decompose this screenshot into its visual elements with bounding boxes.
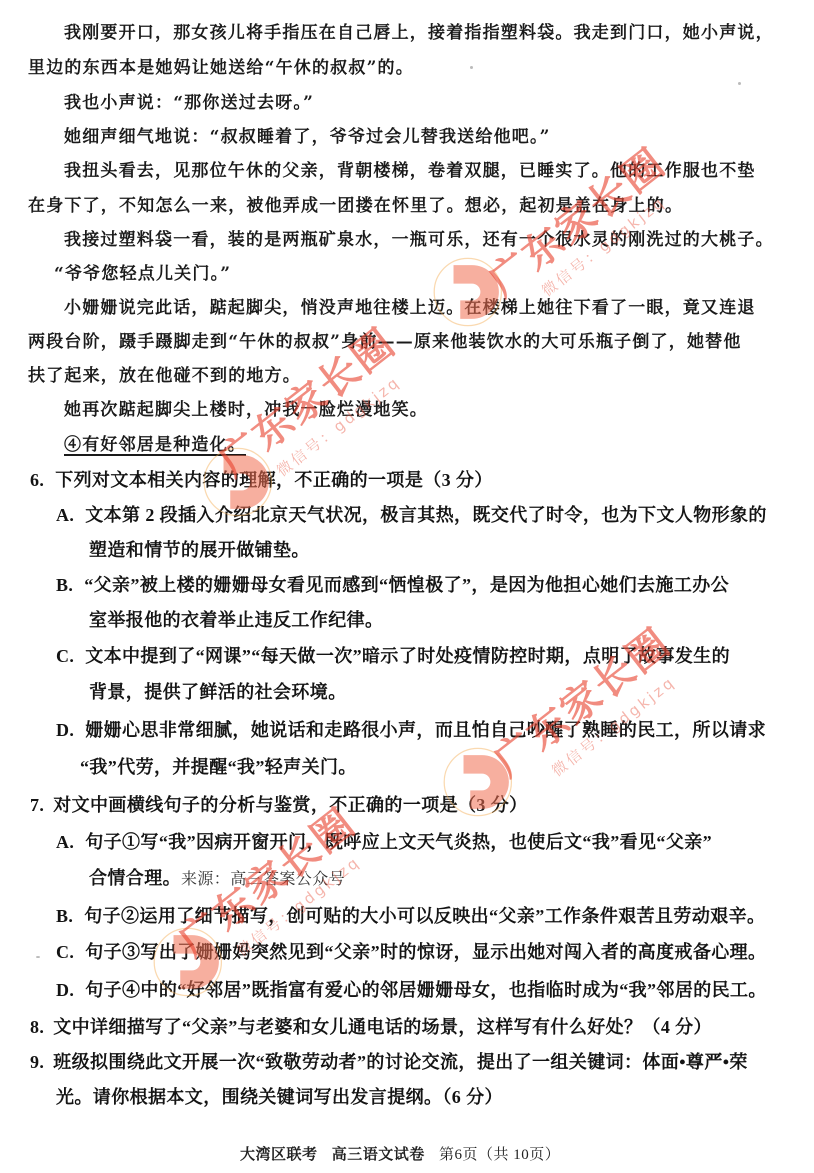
passage-line: 两段台阶，蹑手蹑脚走到“午休的叔叔”身前——原来他装饮水的大可乐瓶子倒了，她替他 [28,331,742,353]
option-text-continued: 塑造和情节的展开做铺垫。 [89,539,310,561]
option-label: A. [56,832,74,852]
scan-speck [470,66,473,69]
question-stem-continued: 光。请你根据本文，围绕关键词写出发言提纲。（6 分） [56,1086,503,1108]
watermark-brand-text: 广东家长圈 [475,133,676,307]
underlined-sentence-4: ④有好邻居是种造化。 [64,434,246,456]
option-b: B. “父亲”被上楼的姗姗母女看见而感到“恓惶极了”，是因为他担心她们去施工办公 [56,574,729,596]
option-label: D. [56,720,74,740]
page-footer: 大湾区联考 高三语文试卷 第6页（共 10页） [240,1144,560,1166]
passage-line: 我接过塑料袋一看，装的是两瓶矿泉水，一瓶可乐，还有一个很水灵的刚洗过的大桃子。 [64,229,774,251]
option-text: “父亲”被上楼的姗姗母女看见而感到“恓惶极了”，是因为他担心她们去施工办公 [84,575,729,595]
passage-line: 她细声细气地说：“叔叔睡着了，爷爷过会儿替我送给他吧。” [64,126,551,148]
option-b: B. 句子②运用了细节描写，创可贴的大小可以反映出“父亲”工作条件艰苦且劳动艰辛… [56,905,765,927]
option-d: D. 句子④中的“好邻居”既指富有爱心的邻居姗姗母女，也指临时成为“我”邻居的民… [56,979,767,1001]
option-a: A. 文本第 2 段插入介绍北京天气状况，极言其热，既交代了时令，也为下文人物形… [56,504,767,526]
option-text: 句子③写出了姗姗妈突然见到“父亲”时的惊讶，显示出她对闯入者的高度戒备心理。 [85,942,766,962]
option-d: D. 姗姗心思非常细腻，她说话和走路很小声，而且怕自己吵醒了熟睡的民工，所以请求 [56,719,766,741]
watermark-logo-icon [430,250,514,334]
passage-line: 扶了起来，放在他碰不到的地方。 [28,365,301,387]
question-stem: 对文中画横线句子的分析与鉴赏，不正确的一项是（3 分） [53,795,527,815]
source-note: 来源：高三答案公众号 [181,871,345,888]
exam-page: 我刚要开口，那女孩儿将手指压在自己唇上，接着指指塑料袋。我走到门口，她小声说， … [0,0,814,1173]
option-label: D. [56,980,74,1000]
option-text: 句子④中的“好邻居”既指富有爱心的邻居姗姗母女，也指临时成为“我”邻居的民工。 [85,980,767,1000]
option-text-continued: 合情合理。 [89,868,181,888]
question-stem: 班级拟围绕此文开展一次“致敬劳动者”的讨论交流，提出了一组关键词：体面•尊严•荣 [53,1052,748,1072]
scan-speck [36,956,40,958]
watermark-brand-text: 广东家长圈 [480,613,681,787]
passage-line: 小姗姗说完此话，踮起脚尖，悄没声地往楼上迈。在楼梯上她往下看了一眼，竟又连退 [64,297,756,319]
question-stem: 下列对文本相关内容的理解，不正确的一项是（3 分） [55,470,493,490]
option-label: B. [56,906,73,926]
question-number: 6. [30,470,44,490]
passage-line: “爷爷您轻点儿关门。” [54,263,231,285]
footer-subject: 高三语文试卷 [332,1147,425,1163]
option-label: C. [56,646,74,666]
footer-exam: 大湾区联考 [240,1147,318,1163]
option-a: A. 句子①写“我”因病开窗开门，既呼应上文天气炎热，也使后文“我”看见“父亲” [56,831,712,853]
passage-line: 里边的东西本是她妈让她送给“午休的叔叔”的。 [28,57,414,79]
passage-line: 我也小声说：“那你送过去呀。” [64,92,314,114]
option-text: 姗姗心思非常细腻，她说话和走路很小声，而且怕自己吵醒了熟睡的民工，所以请求 [85,720,766,740]
option-c: C. 文本中提到了“网课”“每天做一次”暗示了时处疫情防控时期，点明了故事发生的 [56,645,730,667]
option-text: 句子①写“我”因病开窗开门，既呼应上文天气炎热，也使后文“我”看见“父亲” [85,832,712,852]
scan-speck [738,82,741,85]
option-text-continued: 室举报他的衣着举止违反工作纪律。 [89,609,383,631]
question-number: 7. [30,795,44,815]
question-number: 9. [30,1052,44,1072]
option-text: 文本中提到了“网课”“每天做一次”暗示了时处疫情防控时期，点明了故事发生的 [85,646,730,666]
passage-line: 在身下了，不知怎么一来，被他弄成一团搂在怀里了。想必，起初是盖在身上的。 [28,195,683,217]
watermark-wechat-text: 微信号：gdgkjzq [272,371,405,481]
option-text: 文本第 2 段插入介绍北京天气状况，极言其热，既交代了时令，也为下文人物形象的 [85,505,767,525]
option-text-continued: 背景，提供了鲜活的社会环境。 [89,681,347,703]
footer-page-number: 第6页（共 10页） [439,1147,560,1163]
question-number: 8. [30,1017,44,1037]
question-stem: 文中详细描写了“父亲”与老婆和女儿通电话的场景，这样写有什么好处？（4 分） [53,1017,712,1037]
option-label: B. [56,575,73,595]
passage-line: 我刚要开口，那女孩儿将手指压在自己唇上，接着指指塑料袋。我走到门口，她小声说， [64,22,774,44]
option-c: C. 句子③写出了姗姗妈突然见到“父亲”时的惊讶，显示出她对闯入者的高度戒备心理… [56,941,766,963]
option-label: A. [56,505,74,525]
option-label: C. [56,942,74,962]
option-text-continued: “我”代劳，并提醒“我”轻声关门。 [80,756,357,778]
passage-line: 她再次踮起脚尖上楼时，冲我一脸烂漫地笑。 [64,399,428,421]
passage-line: 我扭头看去，见那位午休的父亲，背朝楼梯，卷着双腿，已睡实了。他的工作服也不垫 [64,160,756,182]
option-text: 句子②运用了细节描写，创可贴的大小可以反映出“父亲”工作条件艰苦且劳动艰辛。 [84,906,765,926]
